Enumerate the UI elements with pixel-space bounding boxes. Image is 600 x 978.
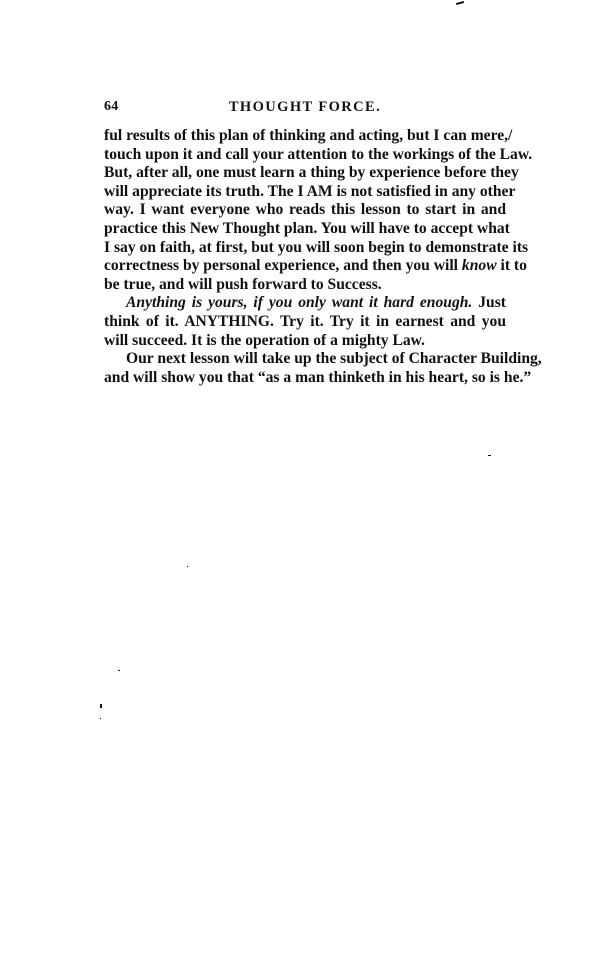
text-line: be true, and will push forward to Succes… (104, 276, 506, 295)
text-line: touch upon it and call your attention to… (104, 146, 506, 165)
scan-speck (100, 718, 101, 719)
scan-speck (488, 455, 491, 456)
scan-speck (118, 670, 120, 671)
text-line: correctness by personal experience, and … (104, 257, 506, 276)
scan-speck (187, 566, 188, 567)
text-segment: correctness by personal experience, and … (104, 257, 462, 274)
scan-speck (456, 1, 464, 5)
text-line: way. I want everyone who reads this less… (104, 201, 506, 220)
text-segment: it to (497, 257, 527, 274)
text-line: will succeed. It is the operation of a m… (104, 332, 506, 351)
text-line: But, after all, one must learn a thing b… (104, 164, 506, 183)
running-title: THOUGHT FORCE. (104, 99, 506, 116)
running-head: 64 THOUGHT FORCE. (104, 99, 506, 119)
text-line: think of it. ANYTHING. Try it. Try it in… (104, 313, 506, 332)
book-page: 64 THOUGHT FORCE. ful results of this pl… (0, 0, 600, 978)
text-line: ful results of this plan of thinking and… (104, 127, 506, 146)
text-line: Anything is yours, if you only want it h… (104, 294, 506, 313)
text-line: and will show you that “as a man thinket… (104, 369, 506, 388)
emphasis-know: know (462, 257, 497, 274)
text-segment: Just (472, 294, 506, 311)
emphasis-anything: Anything is yours, if you only want it h… (126, 294, 472, 311)
text-line: will appreciate its truth. The I AM is n… (104, 183, 506, 202)
text-line: Our next lesson will take up the subject… (104, 350, 506, 369)
text-line: practice this New Thought plan. You will… (104, 220, 506, 239)
text-line: I say on faith, at first, but you will s… (104, 239, 506, 258)
body-text: ful results of this plan of thinking and… (104, 127, 506, 387)
scan-speck (100, 704, 102, 708)
